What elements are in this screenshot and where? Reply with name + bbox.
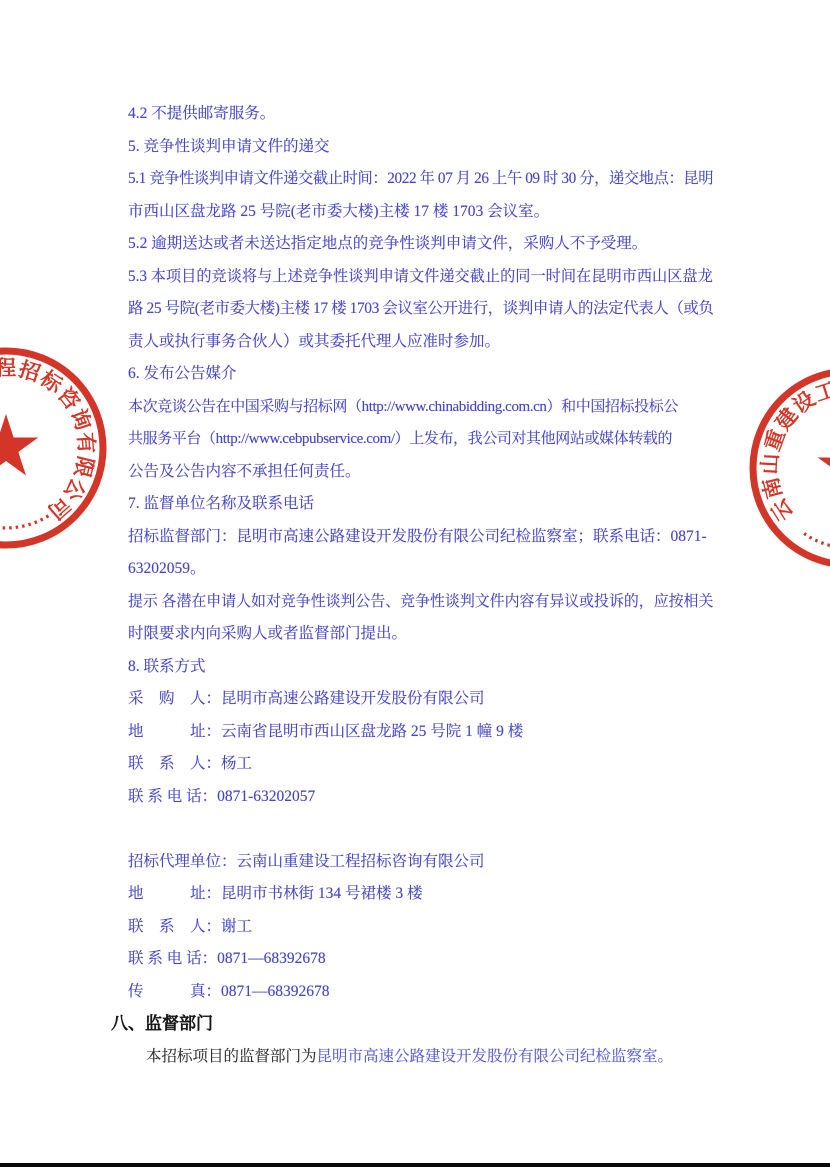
text-line: 公告及公告内容不承担任何责任。 xyxy=(128,456,713,489)
page-bottom-rule xyxy=(0,1163,830,1167)
seal-star-icon xyxy=(818,434,830,496)
text-line: 7. 监督单位名称及联系电话 xyxy=(128,488,713,521)
agency-name-line: 招标代理单位：云南山重建设工程招标咨询有限公司 xyxy=(128,846,713,879)
supervision-paragraph-highlight: 昆明市高速公路建设开发股份有限公司纪检监察室。 xyxy=(317,1048,674,1065)
contact-person-line: 联 系 人：杨工 xyxy=(128,748,713,781)
text-line: 63202059。 xyxy=(128,553,713,586)
text-line: 8. 联系方式 xyxy=(128,651,713,684)
seal-star-icon xyxy=(0,414,38,476)
text-line: 责人或执行事务合伙人）或其委托代理人应准时参加。 xyxy=(128,326,713,359)
text-line: 本次竞谈公告在中国采购与招标网（http://www.chinabidding.… xyxy=(128,391,713,424)
blank-line xyxy=(128,813,713,846)
text-line: 5.1 竞争性谈判申请文件递交截止时间：2022 年 07 月 26 上午 09… xyxy=(128,163,704,196)
text-line: 共服务平台（http://www.cebpubservice.com/）上发布，… xyxy=(128,423,713,456)
text-line: 5.2 逾期送达或者未送达指定地点的竞争性谈判申请文件，采购人不予受理。 xyxy=(128,228,713,261)
contact-phone-line: 联 系 电 话：0871-63202057 xyxy=(128,781,713,814)
text-line: 路 25 号院(老市委大楼)主楼 17 楼 1703 会议室公开进行，谈判申请人… xyxy=(128,293,711,326)
document-page: 4.2 不提供邮寄服务。 5. 竞争性谈判申请文件的递交 5.1 竞争性谈判申请… xyxy=(0,0,830,1173)
text-line: 招标监督部门：昆明市高速公路建设开发股份有限公司纪检监察室；联系电话：0871- xyxy=(128,521,713,554)
text-line: 5.3 本项目的竞谈将与上述竞争性谈判申请文件递交截止的同一时间在昆明市西山区盘… xyxy=(128,261,701,294)
text-line: 5. 竞争性谈判申请文件的递交 xyxy=(128,131,713,164)
supervision-paragraph-prefix: 本招标项目的监督部门为 xyxy=(146,1048,317,1065)
text-line: 时限要求内向采购人或者监督部门提出。 xyxy=(128,618,713,651)
text-line: 4.2 不提供邮寄服务。 xyxy=(128,98,713,131)
agency-person-line: 联 系 人：谢工 xyxy=(128,911,713,944)
contact-address-line: 地 址：云南省昆明市西山区盘龙路 25 号院 1 幢 9 楼 xyxy=(128,716,713,749)
agency-address-line: 地 址：昆明市书林街 134 号裙楼 3 楼 xyxy=(128,878,713,911)
section-heading-supervision: 八、监督部门 xyxy=(111,1008,713,1041)
agency-fax-line: 传 真：0871—68392678 xyxy=(128,976,713,1009)
document-body: 4.2 不提供邮寄服务。 5. 竞争性谈判申请文件的递交 5.1 竞争性谈判申请… xyxy=(128,98,713,1073)
supervision-paragraph: 本招标项目的监督部门为昆明市高速公路建设开发股份有限公司纪检监察室。 xyxy=(128,1041,713,1074)
text-line: 市西山区盘龙路 25 号院(老市委大楼)主楼 17 楼 1703 会议室。 xyxy=(128,196,713,229)
seal-serial-marks xyxy=(804,534,830,548)
text-line: 提示 各潜在申请人如对竞争性谈判公告、竞争性谈判文件内容有异议或投诉的，应按相关 xyxy=(128,586,691,619)
company-seal-left-half: 云南山重建设工程招标咨询有限公司 xyxy=(0,338,116,558)
company-seal-right-half: 云南山重建设工程招标咨询有限公司 xyxy=(740,358,830,578)
contact-purchaser-line: 采 购 人：昆明市高速公路建设开发股份有限公司 xyxy=(128,683,713,716)
agency-phone-line: 联 系 电 话：0871—68392678 xyxy=(128,943,713,976)
seal-serial-marks xyxy=(0,514,52,528)
text-line: 6. 发布公告媒介 xyxy=(128,358,713,391)
